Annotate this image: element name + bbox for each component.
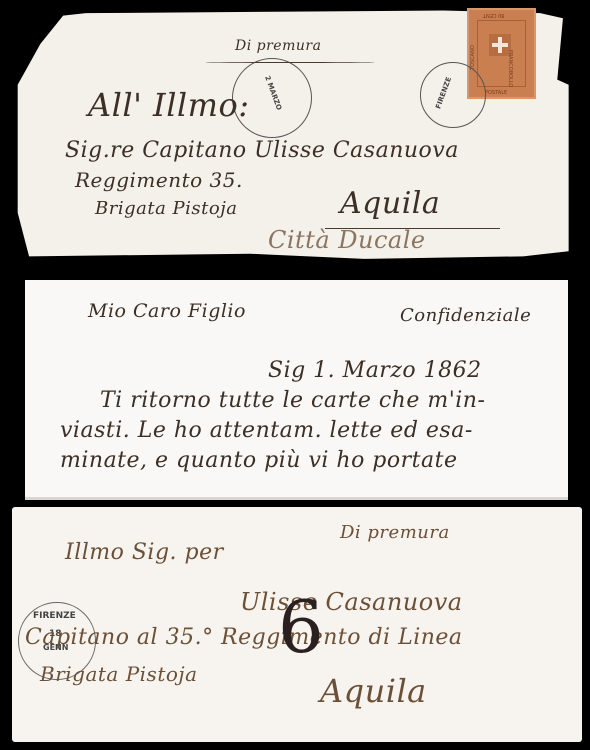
address-line-2: Reggimento 35. (75, 168, 243, 192)
postmark-right: FIRENZE (420, 62, 486, 128)
letter-body-line-2: viasti. Le ho attentam. lette ed esa- (60, 418, 473, 443)
urgent-note-underline (205, 62, 375, 63)
salutation-back: Illmo Sig. per (65, 540, 224, 565)
destination: Aquila (340, 186, 440, 221)
recipient-rank: Capitano al 35.° Reggimento di Linea (25, 625, 463, 650)
letter-body-line-3: minate, e quanto più vi ho portate (60, 448, 457, 473)
destination-sub: Città Ducale (268, 226, 426, 254)
salutation: All' Illmo: (88, 86, 250, 124)
recipient-brigade: Brigata Pistoja (40, 662, 198, 686)
tax-mark: 6 (278, 585, 324, 669)
urgent-note: Di premura (235, 38, 321, 54)
letter-greeting: Mio Caro Figlio (88, 300, 246, 322)
stamp-right-text: FRANCOBOLLO (507, 50, 513, 87)
address-line-1: Sig.re Capitano Ulisse Casanuova (65, 138, 459, 163)
destination-back: Aquila (320, 672, 427, 710)
letter-date: Sig 1. Marzo 1862 (268, 358, 482, 383)
address-line-3: Brigata Pistoja (95, 198, 238, 219)
confidential-note: Confidenziale (400, 305, 531, 326)
stamp-bottom-text: POSTALE (485, 90, 507, 96)
recipient-name: Ulisse Casanuova (240, 588, 463, 616)
urgent-note-back: Di premura (340, 522, 450, 543)
letter-body-line-1: Ti ritorno tutte le carte che m'in- (100, 388, 485, 413)
stamp-top-text: 80 CENT (483, 12, 504, 18)
